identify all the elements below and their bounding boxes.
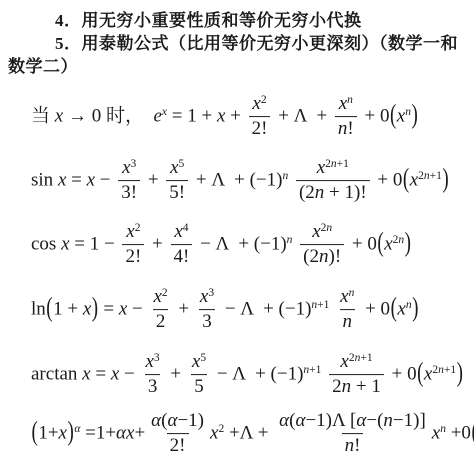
document-page: 4．用无穷小重要性质和等价无穷小代换 5．用泰勒公式（比用等价无穷小更深刻）（数… bbox=[0, 0, 474, 462]
fraction: x2n(2n)! bbox=[300, 221, 344, 269]
math-text: −( bbox=[366, 410, 383, 431]
superscript: 3 bbox=[131, 158, 137, 170]
denominator: 3 bbox=[199, 310, 215, 334]
math-text: x bbox=[317, 157, 325, 178]
math-text: 2! bbox=[252, 119, 268, 140]
math-text: = bbox=[99, 298, 119, 319]
denominator: 3 bbox=[145, 375, 161, 399]
superscript: 2 bbox=[162, 287, 168, 299]
math-text: 3 bbox=[202, 312, 212, 333]
math-text: 3 bbox=[131, 158, 137, 170]
big-paren: ) bbox=[412, 293, 419, 324]
denominator: n bbox=[340, 310, 356, 334]
math-text: x bbox=[339, 93, 347, 114]
math-text: n bbox=[347, 94, 353, 106]
math-text: x bbox=[122, 157, 130, 178]
math-text: 2 bbox=[156, 312, 166, 333]
superscript: 3 bbox=[208, 287, 214, 299]
math-text: 3 bbox=[148, 377, 158, 398]
denominator: 5 bbox=[191, 375, 207, 399]
math-text: = bbox=[91, 363, 111, 384]
big-paren: ( bbox=[31, 417, 38, 448]
fraction: x22 bbox=[150, 286, 170, 334]
math-text: 5! bbox=[169, 183, 185, 204]
math-text: 3 bbox=[154, 352, 160, 364]
math-text: 2 bbox=[162, 287, 168, 299]
math-text: 5 bbox=[200, 352, 206, 364]
superscript: 4 bbox=[183, 222, 189, 234]
math-text: n bbox=[326, 222, 332, 234]
fraction: α(α−1)2! bbox=[148, 410, 207, 458]
heading-line-3: 数学二） bbox=[8, 57, 78, 77]
math-text: αx bbox=[116, 422, 134, 443]
math-text: n bbox=[345, 436, 355, 457]
heading-line-1: 4．用无穷小重要性质和等价无穷小代换 bbox=[55, 11, 362, 31]
math-text: −1)] bbox=[393, 410, 426, 431]
math-text: arctan bbox=[31, 363, 82, 384]
superscript: n bbox=[347, 94, 353, 106]
big-paren: ( bbox=[377, 228, 384, 259]
formula-sin-series: sin x = x − x33! + x55! + Λ + (−1)n x2n+… bbox=[31, 157, 449, 205]
math-text: = 1 + bbox=[167, 105, 217, 126]
math-text: 当 bbox=[31, 105, 55, 126]
fraction: x44! bbox=[171, 221, 193, 269]
math-text: + bbox=[174, 298, 194, 319]
math-text: )! bbox=[329, 247, 342, 268]
math-text: 1+ bbox=[38, 422, 58, 443]
numerator: x2n+1 bbox=[314, 157, 352, 180]
math-text: 2 bbox=[135, 222, 141, 234]
math-text: +1 bbox=[337, 158, 349, 170]
math-text: +1 bbox=[430, 170, 442, 182]
math-text: ! bbox=[354, 436, 360, 457]
math-text: x bbox=[87, 169, 95, 190]
math-text: ln bbox=[31, 298, 46, 319]
math-text: 2! bbox=[125, 247, 141, 268]
big-paren: ( bbox=[390, 293, 397, 324]
math-text: x bbox=[397, 105, 405, 126]
fraction: x33! bbox=[118, 157, 140, 205]
math-text: +1 bbox=[444, 364, 456, 376]
big-paren: ) bbox=[456, 358, 463, 389]
math-text: 1 + bbox=[53, 298, 83, 319]
numerator: α(α−1) bbox=[148, 410, 207, 433]
numerator: x2n bbox=[309, 221, 335, 244]
math-text: +Λ + bbox=[224, 422, 273, 443]
fraction: x55! bbox=[166, 157, 188, 205]
math-text: n bbox=[315, 183, 325, 204]
math-text: ! bbox=[347, 119, 353, 140]
fraction: α(α−1)Λ [α−(n−1)]n! bbox=[276, 410, 429, 458]
superscript: 2n bbox=[393, 234, 405, 246]
denominator: (2n)! bbox=[300, 245, 344, 269]
superscript: n bbox=[349, 287, 355, 299]
math-text: x bbox=[55, 105, 63, 126]
fraction: x22! bbox=[122, 221, 144, 269]
numerator: x3 bbox=[197, 286, 217, 309]
math-text: x bbox=[397, 298, 405, 319]
numerator: x2 bbox=[249, 93, 269, 116]
math-text: 2! bbox=[170, 436, 186, 457]
math-text: + 0 bbox=[387, 363, 417, 384]
math-text: + Λ + (−1) bbox=[191, 169, 282, 190]
math-text: α bbox=[356, 410, 366, 431]
math-text: + bbox=[166, 363, 186, 384]
math-text: x bbox=[111, 363, 119, 384]
math-text: − bbox=[127, 298, 147, 319]
math-text: α bbox=[151, 410, 161, 431]
math-text: x bbox=[119, 298, 127, 319]
math-text: −1)Λ [ bbox=[305, 410, 356, 431]
math-text: 4! bbox=[174, 247, 190, 268]
math-text: + bbox=[147, 233, 167, 254]
math-text: n bbox=[349, 287, 355, 299]
math-text: α bbox=[167, 410, 177, 431]
formula-cos-series: cos x = 1 − x22! + x44! − Λ + (−1)n x2n(… bbox=[31, 221, 411, 269]
math-text bbox=[292, 233, 297, 254]
numerator: x5 bbox=[189, 351, 209, 374]
big-paren: ) bbox=[404, 228, 411, 259]
big-paren: ) bbox=[91, 293, 98, 324]
math-text: x bbox=[174, 221, 182, 242]
big-paren: ( bbox=[402, 164, 409, 195]
denominator: 2! bbox=[167, 434, 189, 458]
math-text: → 0 时， bbox=[63, 105, 153, 126]
superscript: 2n+1 bbox=[432, 364, 456, 376]
math-text: x bbox=[61, 233, 69, 254]
denominator: 5! bbox=[166, 181, 188, 205]
math-text: −1) bbox=[177, 410, 204, 431]
superscript: 2 bbox=[261, 94, 267, 106]
superscript: 5 bbox=[200, 352, 206, 364]
math-text: x bbox=[83, 298, 91, 319]
math-text: 5 bbox=[179, 158, 185, 170]
math-text: x bbox=[340, 286, 348, 307]
math-text: = 1 − bbox=[70, 233, 120, 254]
math-text: x bbox=[145, 351, 153, 372]
heading-line-2: 5．用泰勒公式（比用等价无穷小更深刻）（数学一和 bbox=[55, 34, 458, 54]
math-text: n bbox=[342, 377, 352, 398]
formula-exp-series: 当 x → 0 时， ex = 1 + x + x22! + Λ + xnn! … bbox=[31, 93, 418, 141]
math-text: + bbox=[225, 105, 245, 126]
math-text: n bbox=[343, 312, 353, 333]
superscript: 2n+1 bbox=[418, 170, 442, 182]
math-text: α bbox=[295, 410, 305, 431]
formula-arctan-series: arctan x = x − x33 + x55 − Λ + (−1)n+1 x… bbox=[31, 351, 463, 399]
denominator: 4! bbox=[171, 245, 193, 269]
math-text: x bbox=[252, 93, 260, 114]
math-text: + bbox=[143, 169, 163, 190]
denominator: 3! bbox=[118, 181, 140, 205]
big-paren: ( bbox=[389, 100, 396, 131]
math-text bbox=[321, 363, 326, 384]
fraction: x2n+12n + 1 bbox=[329, 351, 384, 399]
math-text: 4 bbox=[183, 222, 189, 234]
math-text: (2 bbox=[303, 247, 319, 268]
superscript: n+1 bbox=[311, 299, 329, 311]
math-text: +1 bbox=[309, 364, 321, 376]
math-text bbox=[288, 169, 293, 190]
fraction: xnn! bbox=[335, 93, 357, 141]
math-text: e bbox=[153, 105, 161, 126]
math-text: +1 bbox=[317, 299, 329, 311]
math-text: +1 bbox=[360, 352, 372, 364]
numerator: xn bbox=[336, 93, 356, 116]
math-text: n bbox=[319, 247, 329, 268]
math-text bbox=[329, 298, 334, 319]
formula-ln-series: ln(1 + x) = x − x22 + x33 − Λ + (−1)n+1 … bbox=[31, 286, 419, 334]
math-text: = bbox=[66, 169, 86, 190]
math-text: + 0 bbox=[360, 105, 390, 126]
math-text: sin bbox=[31, 169, 58, 190]
math-text: − bbox=[95, 169, 115, 190]
math-text: α bbox=[279, 410, 289, 431]
math-text: 3! bbox=[121, 183, 137, 204]
math-text: x bbox=[384, 233, 392, 254]
math-text: + 0 bbox=[360, 298, 390, 319]
superscript: 2 bbox=[135, 222, 141, 234]
numerator: x2 bbox=[150, 286, 170, 309]
fraction: x2n+1(2n + 1)! bbox=[296, 157, 370, 205]
denominator: n! bbox=[335, 117, 357, 141]
denominator: 2! bbox=[249, 117, 271, 141]
math-text: 2 bbox=[261, 94, 267, 106]
superscript: 2n bbox=[321, 222, 333, 234]
math-text: + 1)! bbox=[324, 183, 366, 204]
numerator: x3 bbox=[142, 351, 162, 374]
math-text: + 1 bbox=[351, 377, 381, 398]
math-text: x bbox=[82, 363, 90, 384]
big-paren: ( bbox=[46, 293, 53, 324]
math-text: − Λ + (−1) bbox=[212, 363, 303, 384]
denominator: (2n + 1)! bbox=[296, 181, 370, 205]
math-text: x bbox=[126, 221, 134, 242]
math-text: 2 bbox=[332, 377, 342, 398]
math-text: + bbox=[134, 422, 145, 443]
formula-binomial-series: (1+x)α =1+αx+α(α−1)2!x2 +Λ + α(α−1)Λ [α−… bbox=[31, 410, 474, 458]
math-text: − bbox=[119, 363, 139, 384]
math-text: + 0 bbox=[373, 169, 403, 190]
denominator: 2n + 1 bbox=[329, 375, 384, 399]
numerator: x2n+1 bbox=[337, 351, 375, 374]
denominator: 2 bbox=[153, 310, 169, 334]
math-text: − Λ + (−1) bbox=[195, 233, 286, 254]
superscript: 2n+1 bbox=[325, 158, 349, 170]
fraction: x22! bbox=[249, 93, 271, 141]
big-paren: ) bbox=[442, 164, 449, 195]
math-text: x bbox=[153, 286, 161, 307]
math-text: x bbox=[410, 169, 418, 190]
numerator: x2 bbox=[123, 221, 143, 244]
numerator: xn bbox=[337, 286, 357, 309]
fraction: x33 bbox=[197, 286, 217, 334]
math-text: + 0 bbox=[347, 233, 377, 254]
denominator: 2! bbox=[122, 245, 144, 269]
math-text: x bbox=[432, 422, 440, 443]
fraction: xnn bbox=[337, 286, 357, 334]
numerator: x5 bbox=[167, 157, 187, 180]
math-text: − Λ + (−1) bbox=[220, 298, 311, 319]
math-text: =1+ bbox=[80, 422, 116, 443]
math-text: 3 bbox=[208, 287, 214, 299]
superscript: n+1 bbox=[303, 364, 321, 376]
math-text: + Λ + bbox=[273, 105, 331, 126]
math-text: cos bbox=[31, 233, 61, 254]
big-paren: ) bbox=[411, 100, 418, 131]
math-text: x bbox=[312, 221, 320, 242]
denominator: n! bbox=[342, 434, 364, 458]
superscript: 3 bbox=[154, 352, 160, 364]
math-text: 5 bbox=[194, 377, 204, 398]
big-paren: ) bbox=[67, 417, 74, 448]
math-text: x bbox=[170, 157, 178, 178]
math-text: n bbox=[338, 119, 348, 140]
fraction: x33 bbox=[142, 351, 162, 399]
numerator: x4 bbox=[171, 221, 191, 244]
math-text: n bbox=[383, 410, 393, 431]
numerator: x3 bbox=[119, 157, 139, 180]
math-text: x bbox=[59, 422, 67, 443]
superscript: 5 bbox=[179, 158, 185, 170]
math-text: +0 bbox=[446, 422, 471, 443]
fraction: x55 bbox=[189, 351, 209, 399]
math-text: x bbox=[340, 351, 348, 372]
superscript: 2n+1 bbox=[349, 352, 373, 364]
big-paren: ( bbox=[417, 358, 424, 389]
numerator: α(α−1)Λ [α−(n−1)] bbox=[276, 410, 429, 433]
math-text: (2 bbox=[299, 183, 315, 204]
